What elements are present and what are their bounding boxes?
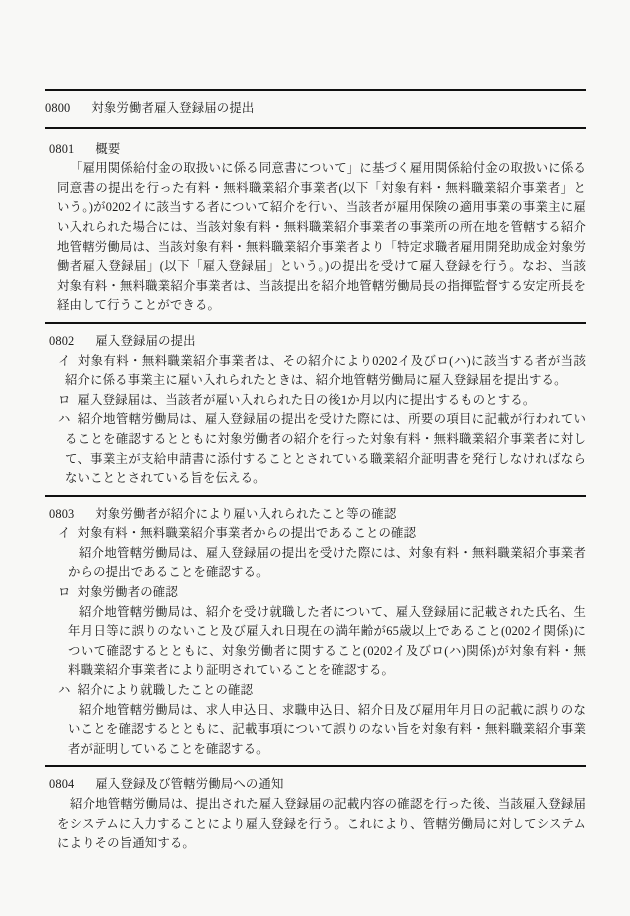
section-title: 雇入登録及び管轄労働局への通知: [95, 777, 283, 791]
item-text: 対象有料・無料職業紹介事業者は、その紹介により0202イ及びロ(ハ)に該当する者…: [65, 354, 586, 388]
section-0803: 0803対象労働者が紹介により雇い入れられたこと等の確認イ対象有料・無料職業紹介…: [45, 505, 586, 760]
chapter-number: 0800: [45, 101, 70, 115]
item-label: ロ: [58, 393, 71, 407]
document-page: 0800対象労働者雇入登録届の提出 0801概要「雇用関係給付金の取扱いに係る同…: [0, 0, 630, 916]
chapter-heading: 0800対象労働者雇入登録届の提出: [45, 89, 586, 129]
section-heading: 0802雇入登録届の提出: [49, 332, 586, 352]
list-item: ロ対象労働者の確認: [65, 583, 586, 603]
chapter-title: 対象労働者雇入登録届の提出: [91, 101, 254, 115]
list-item: イ対象有料・無料職業紹介事業者からの提出であることの確認: [65, 524, 586, 544]
item-paragraph: 紹介地管轄労働局は、求人申込日、求職申込日、紹介日及び雇用年月日の記載に誤りのな…: [68, 701, 586, 760]
section-number: 0803: [49, 507, 74, 521]
list-item: イ対象有料・無料職業紹介事業者は、その紹介により0202イ及びロ(ハ)に該当する…: [65, 352, 586, 391]
section-heading: 0801概要: [49, 140, 586, 160]
item-text: 対象有料・無料職業紹介事業者からの提出であることの確認: [78, 526, 417, 540]
item-text: 紹介地管轄労働局は、雇入登録届の提出を受けた際には、所要の項目に記載が行われてい…: [65, 412, 586, 485]
list-item: ハ紹介により就職したことの確認: [65, 681, 586, 701]
item-label: イ: [58, 354, 71, 368]
section-number: 0802: [49, 334, 74, 348]
section-0804: 0804雇入登録及び管轄労働局への通知紹介地管轄労働局は、提出された雇入登録届の…: [45, 775, 586, 853]
body-paragraph: 紹介地管轄労働局は、提出された雇入登録届の記載内容の確認を行った後、当該雇入登録…: [57, 795, 586, 854]
section-0802: 0802雇入登録届の提出イ対象有料・無料職業紹介事業者は、その紹介により0202…: [45, 332, 586, 489]
section-title: 対象労働者が紹介により雇い入れられたこと等の確認: [95, 507, 396, 521]
item-text: 雇入登録届は、当該者が雇い入れられた日の後1か月以内に提出するものとする。: [78, 393, 536, 407]
item-paragraph: 紹介地管轄労働局は、紹介を受け就職した者について、雇入登録届に記載された氏名、生…: [68, 603, 586, 681]
section-0801: 0801概要「雇用関係給付金の取扱いに係る同意書について」に基づく雇用関係給付金…: [45, 140, 586, 316]
section-title: 概要: [95, 142, 120, 156]
item-label: イ: [58, 526, 71, 540]
item-paragraph: 紹介地管轄労働局は、雇入登録届の提出を受けた際には、対象有料・無料職業紹介事業者…: [68, 544, 586, 583]
section-divider: [45, 322, 586, 324]
section-divider: [45, 765, 586, 767]
section-number: 0804: [49, 777, 74, 791]
item-text: 対象労働者の確認: [78, 585, 178, 599]
item-label: ロ: [58, 585, 71, 599]
section-heading: 0803対象労働者が紹介により雇い入れられたこと等の確認: [49, 505, 586, 525]
section-heading: 0804雇入登録及び管轄労働局への通知: [49, 775, 586, 795]
item-label: ハ: [58, 683, 71, 697]
section-title: 雇入登録届の提出: [95, 334, 195, 348]
list-item: ハ紹介地管轄労働局は、雇入登録届の提出を受けた際には、所要の項目に記載が行われて…: [65, 410, 586, 488]
sections-container: 0801概要「雇用関係給付金の取扱いに係る同意書について」に基づく雇用関係給付金…: [45, 140, 586, 854]
section-number: 0801: [49, 142, 74, 156]
body-paragraph: 「雇用関係給付金の取扱いに係る同意書について」に基づく雇用関係給付金の取扱いに係…: [57, 159, 586, 316]
list-item: ロ雇入登録届は、当該者が雇い入れられた日の後1か月以内に提出するものとする。: [65, 391, 586, 411]
item-label: ハ: [58, 412, 71, 426]
section-divider: [45, 495, 586, 497]
item-text: 紹介により就職したことの確認: [78, 683, 254, 697]
